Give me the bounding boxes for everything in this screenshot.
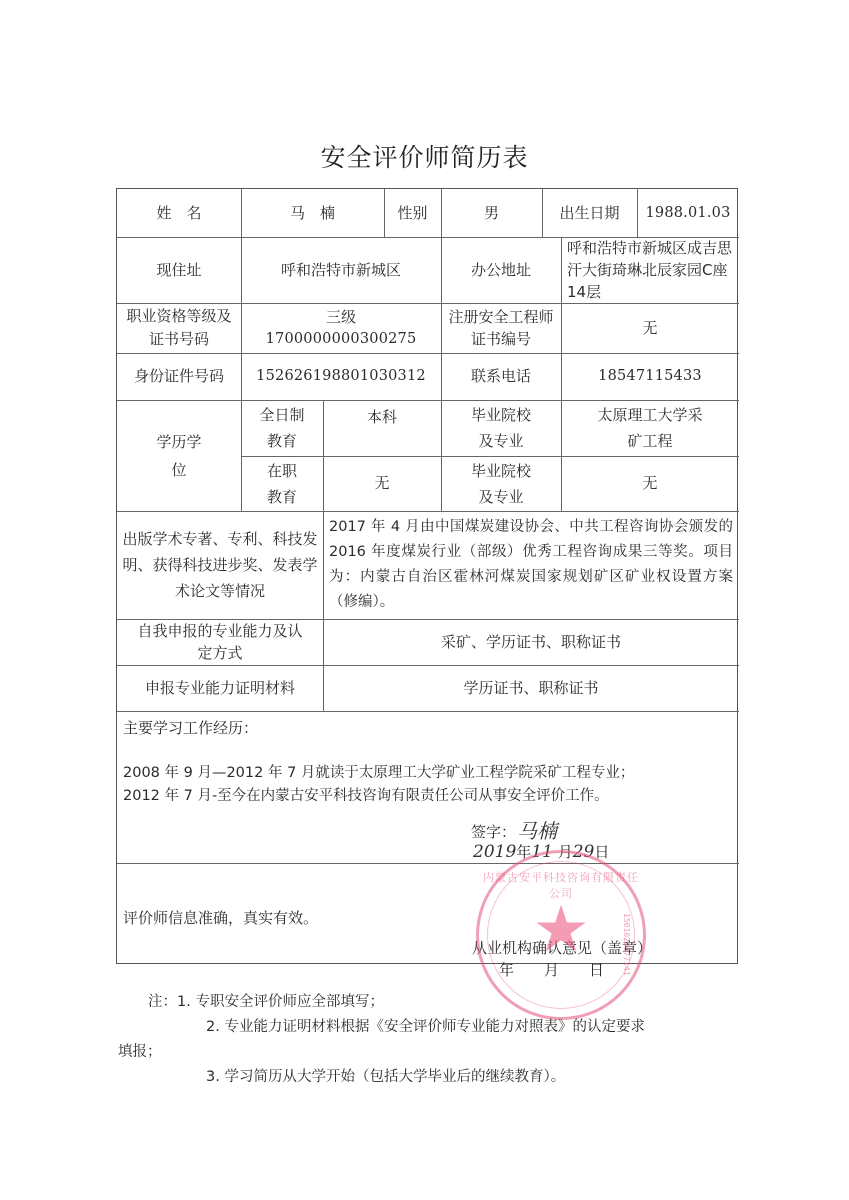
note-item-3: 3. 学习简历从大学开始（包括大学毕业后的继续教育）。 xyxy=(148,1065,645,1090)
signature-value: 马楠 xyxy=(517,815,557,844)
proof-materials-value: 学历证书、职称证书 xyxy=(323,665,739,711)
qualification-number: 1700000000300275 xyxy=(266,328,417,350)
name-value: 马 楠 xyxy=(241,189,384,237)
id-value: 152626198801030312 xyxy=(241,353,441,400)
proof-materials-label: 申报专业能力证明材料 xyxy=(117,665,323,711)
experience-label: 主要学习工作经历： xyxy=(123,717,258,738)
fulltime-type-label: 全日制教育 xyxy=(241,400,323,456)
qualification-label: 职业资格等级及证书号码 xyxy=(117,303,241,353)
residence-value: 呼和浩特市新城区 xyxy=(241,237,441,303)
self-declared-value: 采矿、学历证书、职称证书 xyxy=(323,619,739,665)
signature-label: 签字： xyxy=(471,821,516,842)
gender-label: 性别 xyxy=(384,189,441,237)
registration-label: 注册安全工程师证书编号 xyxy=(441,303,561,353)
notes-section: 注：1. 专职安全评价师应全部填写； 2. 专业能力证明材料根据《安全评价师专业… xyxy=(148,990,645,1090)
fulltime-degree: 本科 xyxy=(323,400,441,456)
note-item-2-cont: 填报； xyxy=(118,1040,645,1065)
note-item-2: 2. 专业能力证明材料根据《安全评价师专业能力对照表》的认定要求 xyxy=(148,1015,645,1040)
parttime-type-label: 在职教育 xyxy=(241,456,323,511)
row-divider xyxy=(117,711,739,712)
seal-code: 1501020077141 xyxy=(622,913,631,976)
self-declared-label: 自我申报的专业能力及认定方式 xyxy=(117,619,323,665)
office-value: 呼和浩特市新城区成吉思汗大街琦琳北辰家园C座14层 xyxy=(561,237,739,303)
publications-label: 出版学术专著、专利、科技发明、获得科技进步奖、发表学术论文等情况 xyxy=(117,511,323,619)
fulltime-school-value: 太原理工大学采矿工程 xyxy=(561,400,739,456)
parttime-school-label: 毕业院校及专业 xyxy=(441,456,561,511)
gender-value: 男 xyxy=(441,189,542,237)
registration-value: 无 xyxy=(561,303,739,353)
parttime-degree: 无 xyxy=(323,456,441,511)
qualification-level: 三级 xyxy=(326,306,356,328)
name-label: 姓 名 xyxy=(117,189,241,237)
row-divider xyxy=(117,863,739,864)
qualification-value: 三级 1700000000300275 xyxy=(241,303,441,353)
experience-item: 2012 年 7 月-至今在内蒙古安平科技咨询有限责任公司从事安全评价工作。 xyxy=(123,784,609,805)
education-label: 学历学位 xyxy=(117,400,241,511)
dob-value: 1988.01.03 xyxy=(637,189,739,237)
dob-label: 出生日期 xyxy=(542,189,637,237)
experience-item: 2008 年 9 月—2012 年 7 月就读于太原理工大学矿业工程学院采矿工程… xyxy=(123,761,634,782)
phone-value: 18547115433 xyxy=(561,353,739,400)
parttime-school-value: 无 xyxy=(561,456,739,511)
confirmation-statement: 评价师信息准确，真实有效。 xyxy=(123,907,318,928)
office-label: 办公地址 xyxy=(441,237,561,303)
id-label: 身份证件号码 xyxy=(117,353,241,400)
publications-value: 2017 年 4 月由中国煤炭建设协会、中共工程咨询协会颁发的 2016 年度煤… xyxy=(323,511,739,619)
signature-year: 2019 xyxy=(473,842,516,862)
star-icon: ★ xyxy=(532,898,589,962)
note-item-1: 注：1. 专职安全评价师应全部填写； xyxy=(148,990,645,1015)
residence-label: 现住址 xyxy=(117,237,241,303)
page-title: 安全评价师简历表 xyxy=(0,138,849,174)
fulltime-school-label: 毕业院校及专业 xyxy=(441,400,561,456)
resume-form-table: 姓 名 马 楠 性别 男 出生日期 1988.01.03 现住址 呼和浩特市新城… xyxy=(116,188,738,964)
phone-label: 联系电话 xyxy=(441,353,561,400)
notes-prefix: 注： xyxy=(148,994,177,1010)
